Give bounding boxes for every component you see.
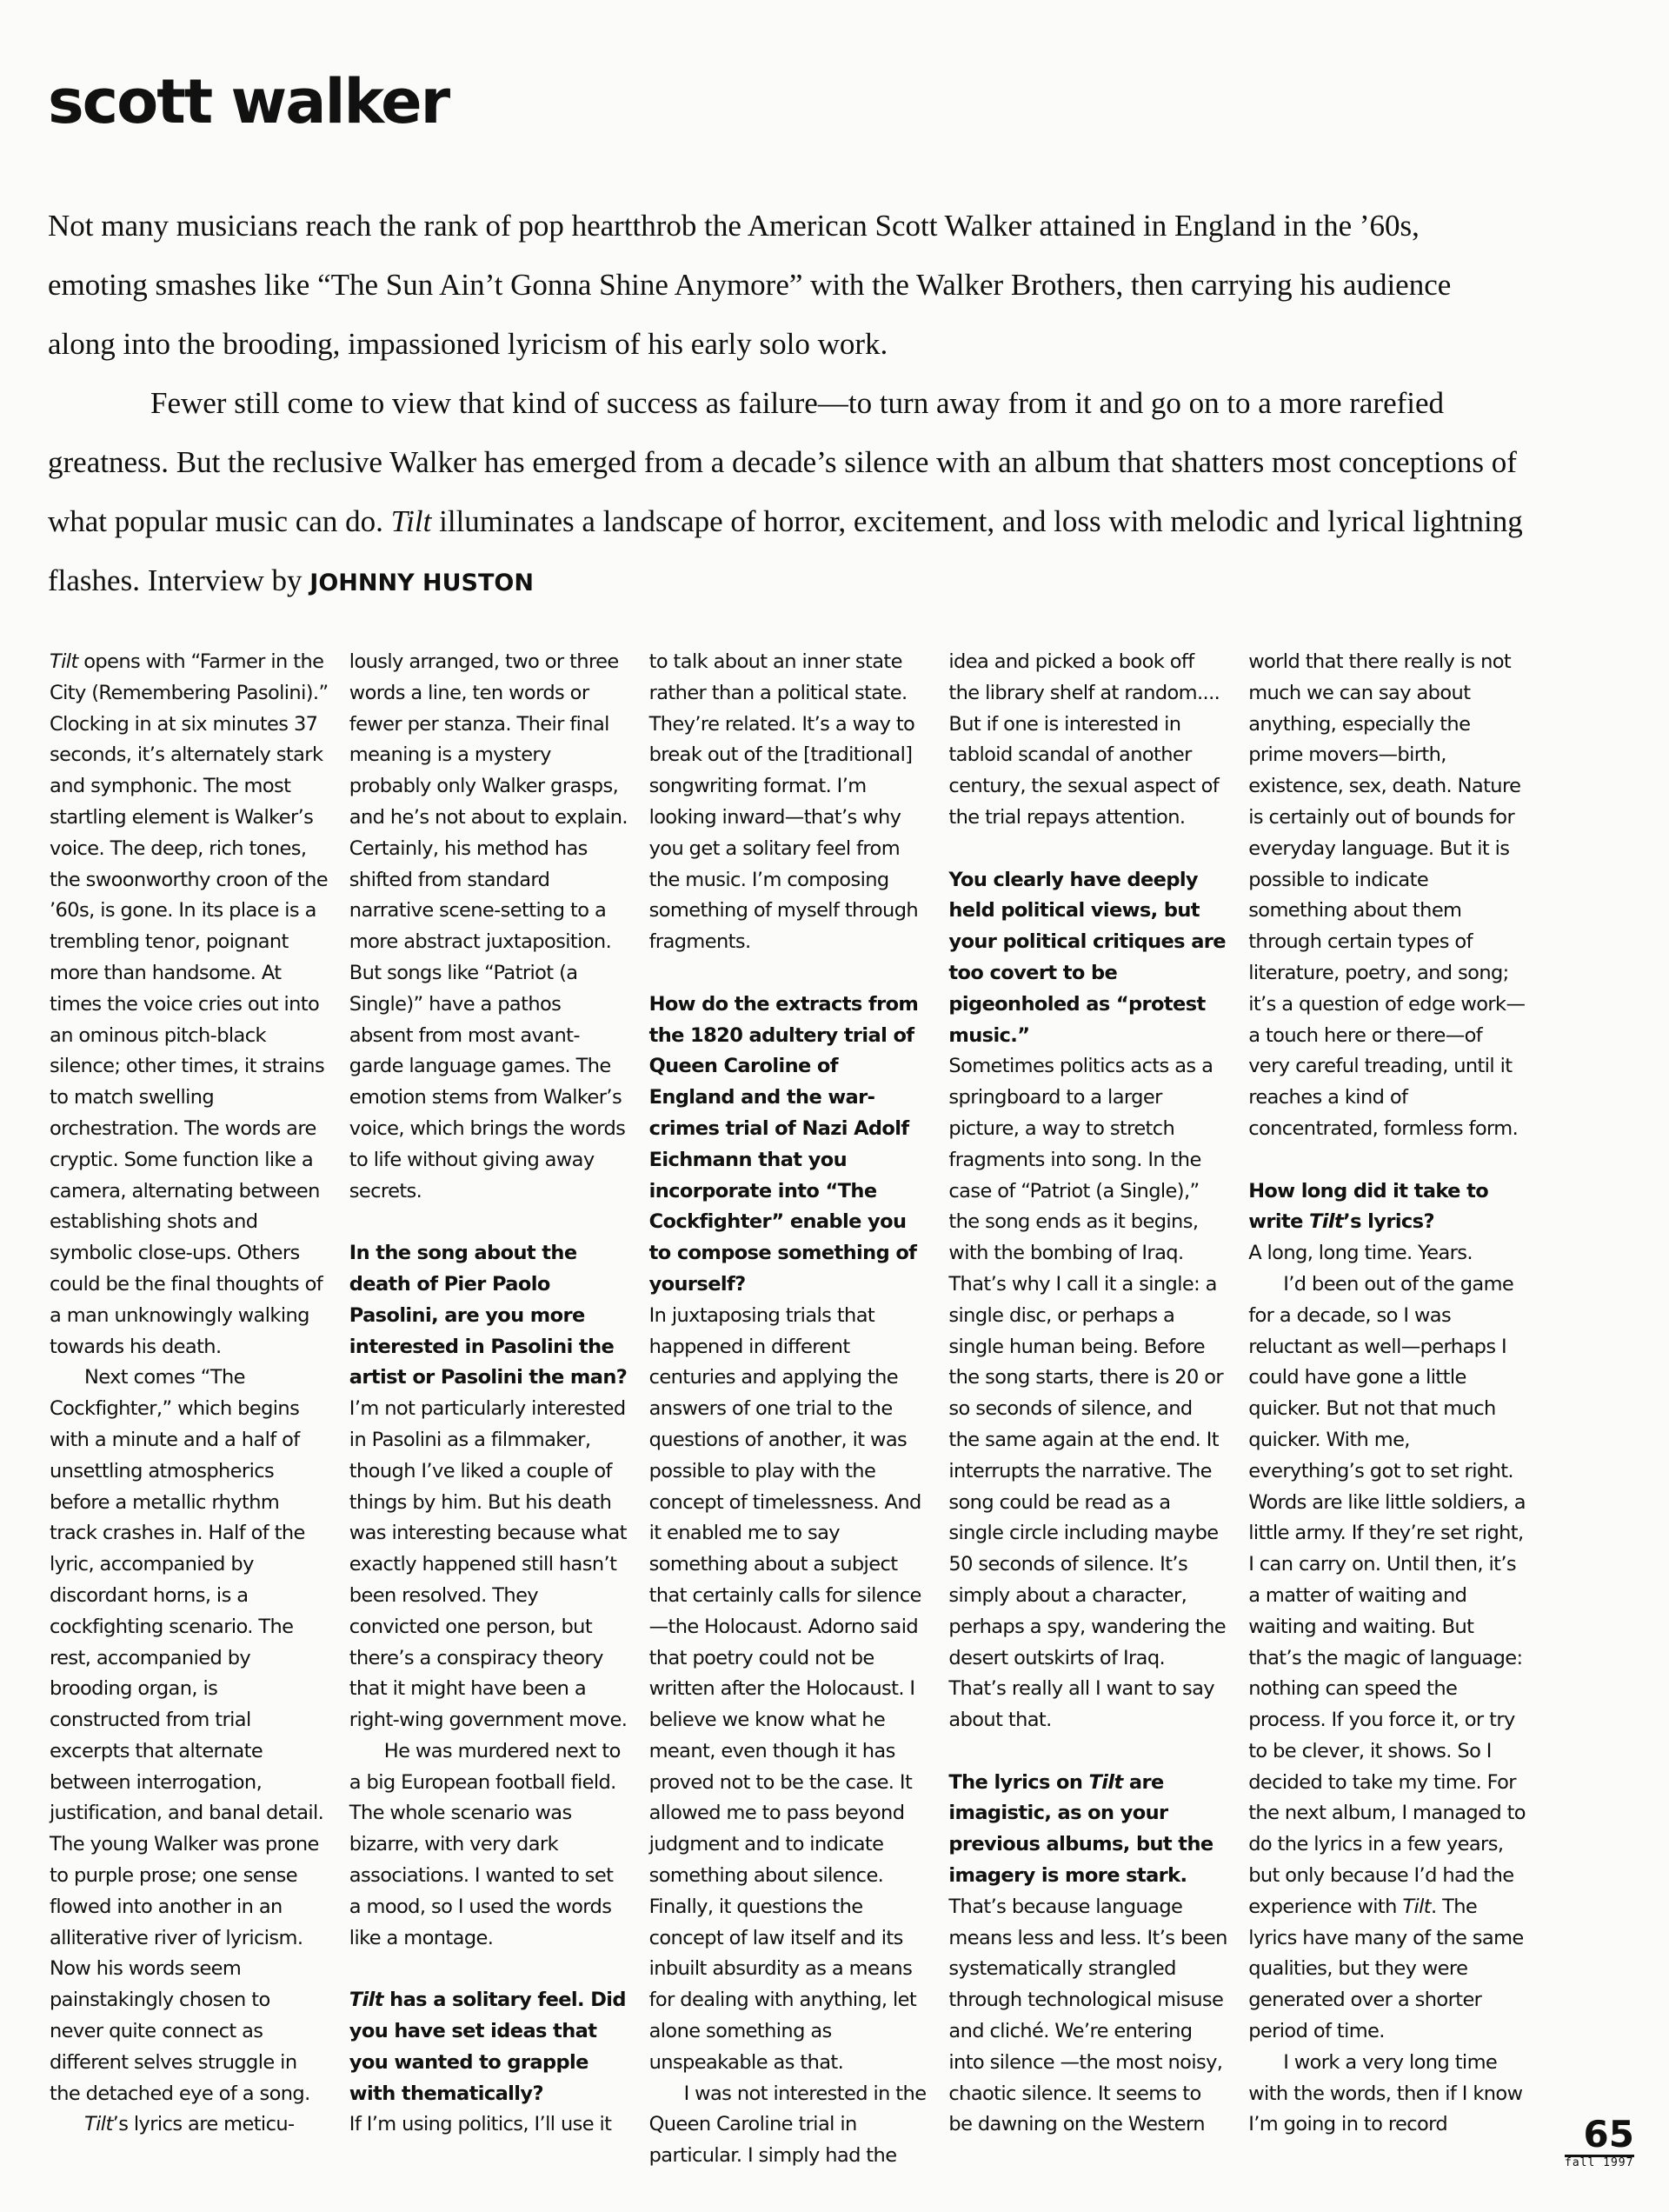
interview-answer: In juxtaposing trials that happened in d… (649, 1301, 928, 2079)
interview-question: In the song about the death of Pier Paol… (349, 1238, 628, 1394)
column-2: lously arranged, two or three words a li… (349, 647, 628, 2172)
interview-answer: A long, long time. Years. (1248, 1238, 1527, 1269)
interview-answer: to talk about an inner state rather than… (649, 647, 928, 958)
body-text: opens with “Farmer in the City (Remember… (50, 650, 329, 1358)
page-number: 65 (1565, 2116, 1634, 2153)
issue-date: fall 1997 (1565, 2157, 1634, 2169)
body-paragraph: Tilt’s lyrics are meticu- (50, 2109, 329, 2141)
column-3: to talk about an inner state rather than… (649, 647, 928, 2172)
page-folio: 65 fall 1997 (1565, 2116, 1634, 2169)
body-text: ’s lyrics are meticu- (113, 2113, 295, 2135)
article-body: Tilt opens with “Farmer in the City (Rem… (50, 647, 1527, 2172)
article-intro: Not many musicians reach the rank of pop… (48, 197, 1526, 613)
body-paragraph: Next comes “The Cockfighter,” which begi… (50, 1363, 329, 2109)
question-text: ’s lyrics? (1343, 1210, 1434, 1233)
question-text: The lyrics on (948, 1771, 1088, 1794)
article-title: scott walker (48, 71, 449, 132)
answer-text: I’d been out of the game for a decade, s… (1248, 1273, 1526, 1918)
interview-question: The lyrics on Tilt are imagistic, as on … (948, 1768, 1227, 1892)
author-byline: JOHNNY HUSTON (309, 570, 534, 596)
body-paragraph: Tilt opens with “Farmer in the City (Rem… (50, 647, 329, 1363)
question-text: has a solitary feel. Did you have set id… (349, 1989, 626, 2104)
interview-answer: Sometimes politics acts as a springboard… (948, 1051, 1227, 1736)
interview-question: How long did it take to write Tilt’s lyr… (1248, 1176, 1527, 1239)
interview-question: How do the extracts from the 1820 adulte… (649, 989, 928, 1301)
album-title: Tilt (1309, 1210, 1343, 1233)
column-5: world that there really is not much we c… (1248, 647, 1527, 2172)
interview-question: Tilt has a solitary feel. Did you have s… (349, 1985, 628, 2109)
album-title: Tilt (349, 1989, 383, 2011)
interview-answer: I was not interested in the Queen Caroli… (649, 2079, 928, 2172)
interview-answer: He was murdered next to a big European f… (349, 1736, 628, 1955)
interview-answer: That’s because language means less and l… (948, 1892, 1227, 2141)
interview-answer: I’d been out of the game for a decade, s… (1248, 1269, 1527, 2048)
column-4: idea and picked a book off the library s… (948, 647, 1227, 2172)
interview-answer: I work a very long time with the words, … (1248, 2048, 1527, 2141)
album-title: Tilt (50, 650, 78, 673)
intro-paragraph-1: Not many musicians reach the rank of pop… (48, 197, 1526, 374)
interview-answer: idea and picked a book off the library s… (948, 647, 1227, 834)
album-title: Tilt (84, 2113, 113, 2135)
album-title: Tilt (1402, 1896, 1431, 1918)
body-paragraph: lously arranged, two or three words a li… (349, 647, 628, 1207)
intro-paragraph-2: Fewer still come to view that kind of su… (48, 374, 1526, 613)
interview-question: You clearly have deeply held political v… (948, 865, 1227, 1052)
magazine-page: scott walker Not many musicians reach th… (0, 0, 1669, 2212)
interview-answer: world that there really is not much we c… (1248, 647, 1527, 1145)
interview-answer: If I’m using politics, I’ll use it (349, 2109, 628, 2141)
column-1: Tilt opens with “Farmer in the City (Rem… (50, 647, 329, 2172)
interview-answer: I’m not particularly interested in Pasol… (349, 1394, 628, 1736)
album-title: Tilt (1089, 1771, 1123, 1794)
album-title: Tilt (391, 504, 432, 538)
